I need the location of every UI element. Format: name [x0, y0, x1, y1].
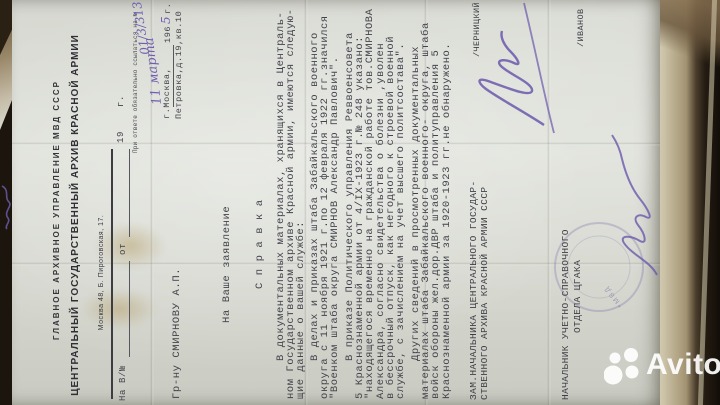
body-line: щие данные о вашей службе: — [296, 0, 306, 399]
form-ot-label: от — [118, 243, 128, 255]
body-line: "Военком штаба округа СМИРНОВ Александр … — [330, 0, 340, 399]
photo-of-archival-document: ГЛАВНОЕ АРХИВНОЕ УПРАВЛЕНИЕ МВД СССР ЦЕН… — [0, 0, 720, 405]
document-title: С п р а в к а — [254, 199, 266, 289]
form-blank — [129, 261, 130, 357]
letterhead-rule — [111, 149, 113, 399]
letterhead-archive-name: ЦЕНТРАЛЬНЫЙ ГОСУДАРСТВЕННЫЙ АРХИВ КРАСНО… — [70, 25, 81, 405]
form-blank — [129, 149, 130, 237]
paragraph-1: В документальных материалах, хранящихся … — [276, 0, 307, 399]
signatory1-title-line1: ЗАМ.НАЧАЛЬНИКА ЦЕНТРАЛЬНОГО ГОСУДАР- — [468, 180, 479, 400]
signatory2-typed-name: /ИВАНОВ — [576, 8, 586, 47]
recipient-city: г.Москва, — [162, 68, 172, 119]
recipient-name: Гр-ну СМИРНОВУ А.П. — [171, 268, 183, 399]
paragraph-2: В делах и приказах штаба Забайкальского … — [310, 0, 341, 399]
subject-line: На Ваше заявление — [221, 206, 233, 323]
form-year-suffix: г. — [163, 3, 173, 14]
signature2-ink — [566, 125, 708, 285]
paragraph-3: В приказе Политического управления Ревво… — [345, 0, 406, 399]
avito-watermark-text: Avito — [646, 348, 720, 382]
recipient-street: Петровка,д.19,кв.10 — [174, 11, 184, 119]
letterhead-agency: ГЛАВНОЕ АРХИВНОЕ УПРАВЛЕНИЕ МВД СССР — [52, 15, 61, 405]
avito-watermark: Avito — [604, 346, 720, 398]
handwritten-year-digit: 5 — [159, 16, 173, 24]
form-year-printed: 196 — [163, 26, 173, 43]
form-year-blank: 19 г. — [116, 95, 126, 143]
letterhead-address: Москва 48, Б. Пироговская, 17. — [98, 140, 105, 405]
body-line: службе, с зачислением на учет высшего по… — [396, 0, 406, 399]
avito-logo-icon — [604, 346, 644, 392]
form-incoming-label: На В/№ — [118, 365, 128, 401]
document-page-rotated: ГЛАВНОЕ АРХИВНОЕ УПРАВЛЕНИЕ МВД СССР ЦЕН… — [18, 0, 678, 405]
signatory1-title-line2: СТВЕННОГО АРХИВА КРАСНОЙ АРМИИ СССР — [479, 186, 490, 400]
